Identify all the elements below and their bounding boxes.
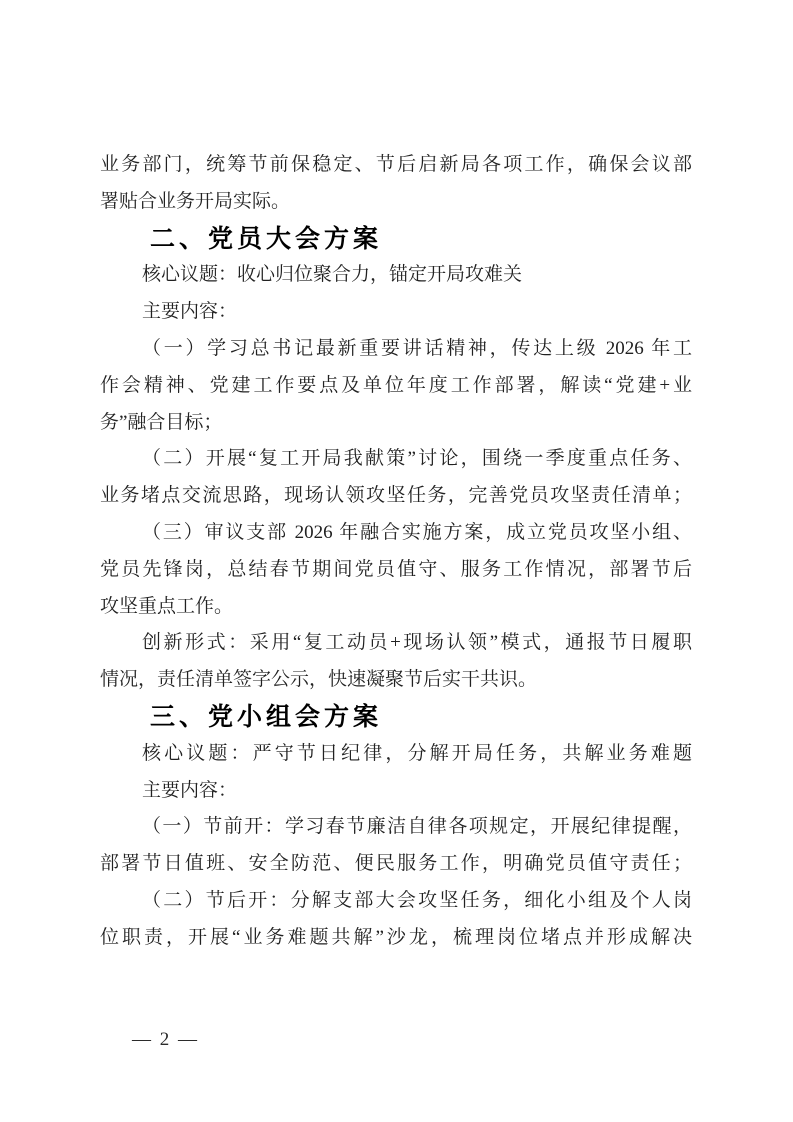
text-line: 创新形式：采用“复工动员+现场认领”模式，通报节日履职 xyxy=(100,625,692,662)
text-line: （二）节后开：分解支部大会攻坚任务，细化小组及个人岗 xyxy=(100,883,692,920)
text-line: 核心议题：收心归位聚合力，锚定开局攻难关 xyxy=(100,257,692,294)
text-line: 攻坚重点工作。 xyxy=(100,589,692,626)
text-line: 业务堵点交流思路，现场认领攻坚任务，完善党员攻坚责任清单； xyxy=(100,478,692,515)
page-number: — 2 — xyxy=(132,1027,199,1053)
document-page: 业务部门，统筹节前保稳定、节后启新局各项工作，确保会议部署贴合业务开局实际。二、… xyxy=(0,0,793,1122)
section-heading: 三、党小组会方案 xyxy=(100,699,692,736)
text-line: （三）审议支部 2026 年融合实施方案，成立党员攻坚小组、 xyxy=(100,515,692,552)
text-line: 党员先锋岗，总结春节期间党员值守、服务工作情况，部署节后 xyxy=(100,552,692,589)
text-line: 务”融合目标； xyxy=(100,405,692,442)
text-line: （一）节前开：学习春节廉洁自律各项规定，开展纪律提醒， xyxy=(100,809,692,846)
text-line: 位职责，开展“业务难题共解”沙龙，梳理岗位堵点并形成解决 xyxy=(100,920,692,957)
document-body: 业务部门，统筹节前保稳定、节后启新局各项工作，确保会议部署贴合业务开局实际。二、… xyxy=(100,147,692,957)
section-heading: 二、党员大会方案 xyxy=(100,221,692,258)
text-line: （一）学习总书记最新重要讲话精神，传达上级 2026 年工 xyxy=(100,331,692,368)
text-line: 主要内容： xyxy=(100,294,692,331)
text-line: 部署节日值班、安全防范、便民服务工作，明确党员值守责任； xyxy=(100,846,692,883)
text-line: 作会精神、党建工作要点及单位年度工作部署，解读“党建+业 xyxy=(100,368,692,405)
text-line: 主要内容： xyxy=(100,773,692,810)
text-line: 业务部门，统筹节前保稳定、节后启新局各项工作，确保会议部 xyxy=(100,147,692,184)
text-line: 署贴合业务开局实际。 xyxy=(100,184,692,221)
text-line: 核心议题：严守节日纪律，分解开局任务，共解业务难题 xyxy=(100,736,692,773)
text-line: 情况，责任清单签字公示，快速凝聚节后实干共识。 xyxy=(100,662,692,699)
text-line: （二）开展“复工开局我献策”讨论，围绕一季度重点任务、 xyxy=(100,441,692,478)
